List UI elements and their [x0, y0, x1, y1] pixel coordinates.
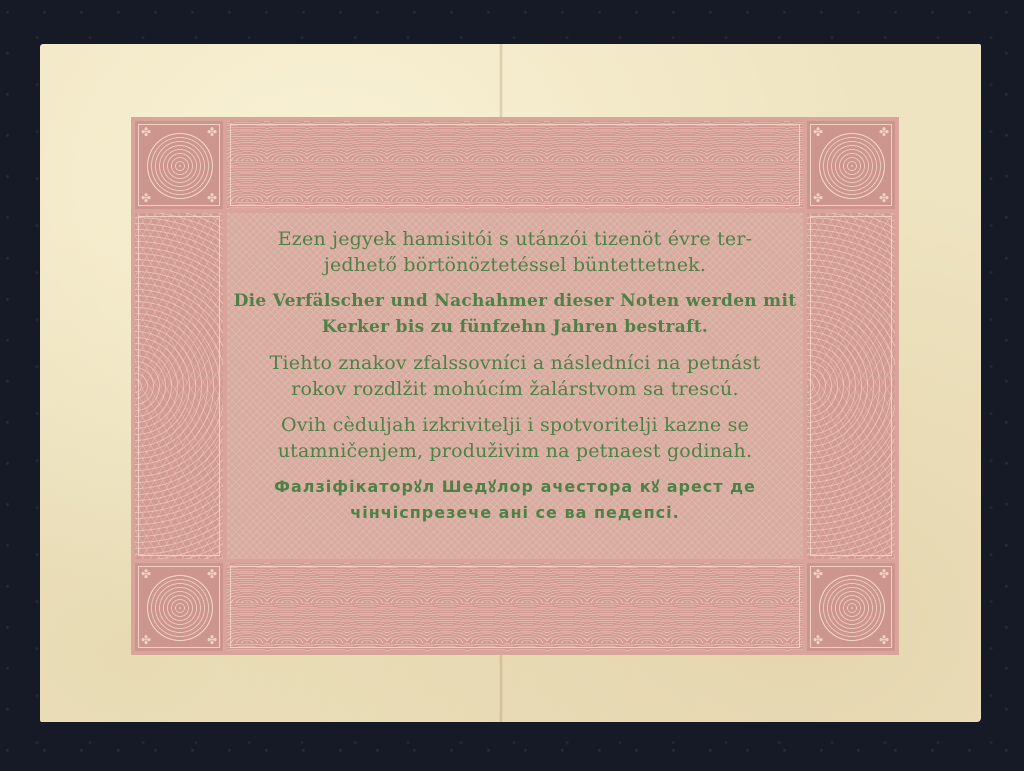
leaf-ornament: ✤ [207, 193, 217, 203]
rosette-ornament [819, 133, 885, 199]
paragraph-slovak: Tiehto znakov zfalssovníci a následníci … [230, 350, 800, 402]
warning-text-block: Ezen jegyek hamisitói s utánzói tizenöt … [230, 226, 800, 536]
rosette-ornament [147, 575, 213, 641]
text-line: чінчіспрезече ані се ва педепсі. [230, 500, 800, 526]
rosette-ornament [819, 575, 885, 641]
text-line: rokov rozdlžit mohúcím žalárstvom sa tre… [230, 376, 800, 402]
rosette-ornament [147, 133, 213, 199]
corner-rosette-top-right: ✤ ✤ ✤ ✤ [807, 121, 895, 209]
text-line: Kerker bis zu fünfzehn Jahren bestraft. [230, 314, 800, 340]
leaf-ornament: ✤ [813, 127, 823, 137]
right-border-band [807, 213, 895, 559]
bottom-border-band [227, 563, 803, 651]
text-line: Tiehto znakov zfalssovníci a následníci … [230, 350, 800, 376]
leaf-ornament: ✤ [207, 635, 217, 645]
leaf-ornament: ✤ [879, 569, 889, 579]
leaf-ornament: ✤ [813, 193, 823, 203]
leaf-ornament: ✤ [141, 635, 151, 645]
leaf-ornament: ✤ [879, 635, 889, 645]
leaf-ornament: ✤ [141, 127, 151, 137]
text-line: Die Verfälscher und Nachahmer dieser Not… [230, 288, 800, 314]
leaf-ornament: ✤ [813, 635, 823, 645]
paragraph-german: Die Verfälscher und Nachahmer dieser Not… [230, 288, 800, 340]
text-line: Ezen jegyek hamisitói s utánzói tizenöt … [230, 226, 800, 252]
text-line: utamničenjem, produživim na petnaest god… [230, 438, 800, 464]
leaf-ornament: ✤ [141, 193, 151, 203]
leaf-ornament: ✤ [207, 127, 217, 137]
text-line: jedhető börtönöztetéssel büntettetnek. [230, 252, 800, 278]
corner-rosette-bottom-left: ✤ ✤ ✤ ✤ [135, 563, 223, 651]
leaf-ornament: ✤ [879, 193, 889, 203]
leaf-ornament: ✤ [141, 569, 151, 579]
left-border-band [135, 213, 223, 559]
paragraph-croatian: Ovih cèduljah izkrivitelji i spotvoritel… [230, 412, 800, 464]
paragraph-romanian-cyrillic: Фалзіфікаторꙋл Шедꙋлор ачестора кꙋ арест… [230, 474, 800, 526]
leaf-ornament: ✤ [207, 569, 217, 579]
top-border-band [227, 121, 803, 209]
paragraph-hungarian: Ezen jegyek hamisitói s utánzói tizenöt … [230, 226, 800, 278]
corner-rosette-top-left: ✤ ✤ ✤ ✤ [135, 121, 223, 209]
text-line: Ovih cèduljah izkrivitelji i spotvoritel… [230, 412, 800, 438]
leaf-ornament: ✤ [813, 569, 823, 579]
corner-rosette-bottom-right: ✤ ✤ ✤ ✤ [807, 563, 895, 651]
leaf-ornament: ✤ [879, 127, 889, 137]
text-line: Фалзіфікаторꙋл Шедꙋлор ачестора кꙋ арест… [230, 474, 800, 500]
